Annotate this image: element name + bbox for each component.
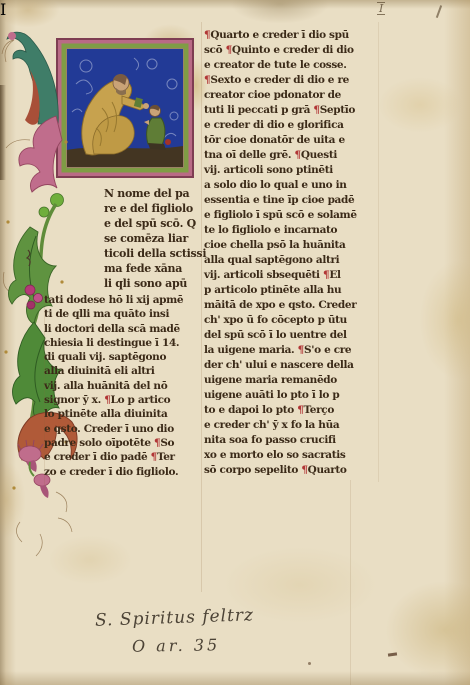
ink-speck — [388, 652, 397, 656]
text-line: e creder di dio e glorifica — [204, 118, 357, 133]
text-line: p articolo ptinēte alla hu — [204, 283, 357, 298]
text-line: e creator de tute le cosse. — [204, 58, 357, 73]
text-line: padre solo oīpotēte ¶So — [44, 436, 183, 450]
text-line: lo ptinēte alla diuinita — [44, 407, 183, 421]
text-line: alla diuinitā eli altri — [44, 364, 183, 378]
right-column: ¶Quarto e creder ī dio spūscō ¶Quinto e … — [204, 28, 357, 478]
leaf-bud — [51, 194, 64, 207]
text-line: uigene auāti lo pto ī lo p — [204, 388, 357, 403]
text-line: ticoli della sctissi — [104, 246, 206, 261]
text-line: cioe chella psō la huānita — [204, 238, 357, 253]
text-line: e del spū scō. Q — [104, 216, 206, 231]
text-line: se comēza liar — [104, 231, 206, 246]
text-line: vij. articoli sbsequēti ¶El — [204, 268, 357, 283]
text-line: der ch' ului e nascere della — [204, 358, 357, 373]
text-line: li qli sono apū — [104, 276, 206, 291]
text-line: e qsto. Creder ī uno dio — [44, 422, 183, 436]
ruling-line — [201, 22, 202, 592]
text-line: essentia e tine īp cioe padē — [204, 193, 357, 208]
text-line: creator cioe pdonator de — [204, 88, 357, 103]
text-line: a solo dio lo qual e uno in — [204, 178, 357, 193]
ruling-line — [378, 22, 379, 482]
shelfmark-inscription: S. Spiritus feltrz — [95, 605, 255, 631]
text-line: chiesia li destingue ī 14. — [44, 336, 183, 350]
text-line: tati dodese hō li xij apmē — [44, 293, 183, 307]
text-line: tna oī delle grē. ¶Questi — [204, 148, 357, 163]
text-line: nita soa fo passo crucifi — [204, 433, 357, 448]
text-line: zo e creder ī dio figliolo. — [44, 465, 183, 479]
text-line: N nome del pa — [104, 186, 206, 201]
text-line: ¶Sexto e creder di dio e re — [204, 73, 357, 88]
ink-speck — [308, 662, 311, 665]
text-line: di quali vij. saptēgono — [44, 350, 183, 364]
text-line: to e dapoi lo pto ¶Terço — [204, 403, 357, 418]
text-line: ¶Quarto e creder ī dio spū — [204, 28, 357, 43]
text-line: tuti li peccati p grā ¶Septīo — [204, 103, 357, 118]
text-line: tōr cioe donatōr de uita e — [204, 133, 357, 148]
text-line: re e del figliolo — [104, 201, 206, 216]
text-line: e figliolo ī spū scō e solamē — [204, 208, 357, 223]
text-line: te lo figliolo e incarnato — [204, 223, 357, 238]
manuscript-page: I — [0, 0, 470, 685]
text-line: li doctori della scā madē — [44, 322, 183, 336]
text-line: ti de qlli ma quāto insi — [44, 307, 183, 321]
shelfmark-number: O ar. 35 — [132, 635, 220, 656]
text-line: vij. alla huānitā del nō — [44, 379, 183, 393]
pen-stroke — [436, 5, 442, 18]
text-line: xo e morto elo so sacratis — [204, 448, 357, 463]
text-line: del spū scō ī lo uentre del — [204, 328, 357, 343]
text-line: ch' xpo ū fo cōcepto p ūtu — [204, 313, 357, 328]
text-line: e creder ch' ȳ x fo la hūa — [204, 418, 357, 433]
ruling-line — [44, 290, 45, 485]
text-line: ma fede xāna — [104, 261, 206, 276]
ruling-line — [350, 480, 351, 685]
text-line: la uigene maria. ¶S'o e cre — [204, 343, 357, 358]
text-line: māitā de xpo e qsto. Creder — [204, 298, 357, 313]
text-line: scō ¶Quinto e creder di dio — [204, 43, 357, 58]
text-line: signor ȳ x. ¶Lo p artico — [44, 393, 183, 407]
text-line: vij. articoli sono ptinēti — [204, 163, 357, 178]
text-line: alla qual saptēgono altri — [204, 253, 357, 268]
folio-number: I — [377, 2, 385, 15]
left-column-lower: tati dodese hō li xij apmēti de qlli ma … — [44, 293, 183, 479]
text-line: sō corpo sepelito ¶Quarto — [204, 463, 357, 478]
left-column-upper: N nome del pare e del figlioloe del spū … — [104, 186, 206, 291]
text-line: uigene maria remanēdo — [204, 373, 357, 388]
acanthus-leaf-pink — [19, 116, 62, 192]
text-line: e creder ī dio padē ¶Ter — [44, 450, 183, 464]
